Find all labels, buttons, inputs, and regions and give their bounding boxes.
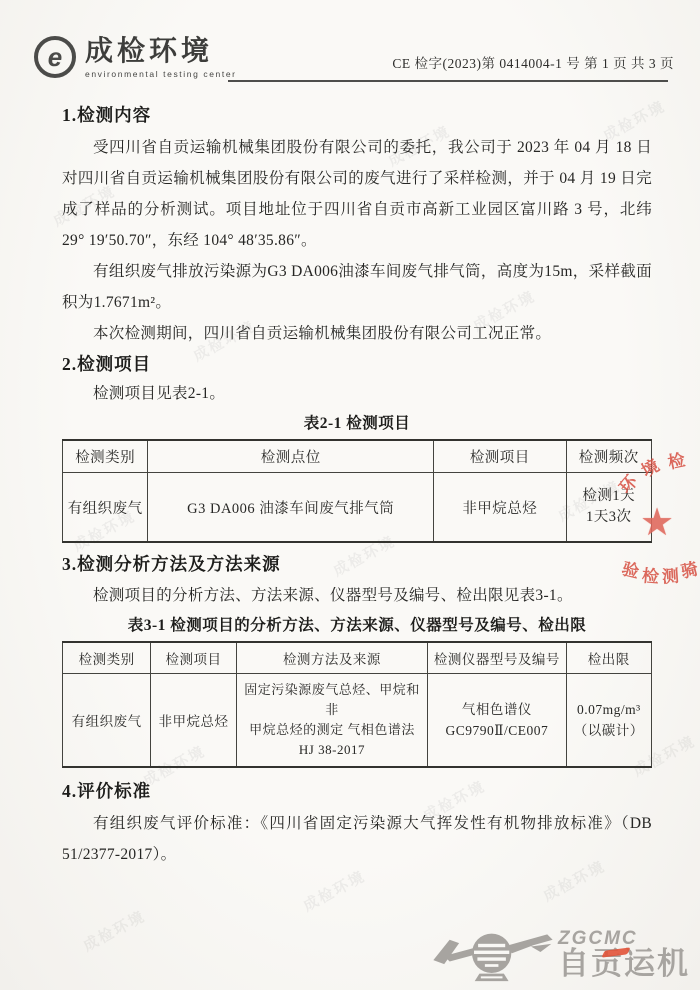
table-header-row: 检测类别 检测项目 检测方法及来源 检测仪器型号及编号 检出限 <box>63 642 652 674</box>
table-row: 有组织废气 G3 DA006 油漆车间废气排气筒 非甲烷总烃 检测1天 1天3次 <box>63 473 652 543</box>
seal-char: 检 <box>666 451 686 471</box>
report-body: 1.检测内容 受四川省自贡运输机械集团股份有限公司的委托，我公司于 2023 年… <box>62 94 652 870</box>
section-4-title: 4.评价标准 <box>62 780 652 803</box>
table-2-1-caption: 表2-1 检测项目 <box>62 412 652 435</box>
cell-method: 固定污染源废气总烃、甲烷和非 甲烷总烃的测定 气相色谱法 HJ 38-2017 <box>236 674 427 768</box>
logo-title: 成检环境 <box>85 36 237 67</box>
company-name-block: ZGCMC 自贡运机 <box>558 929 690 985</box>
header-rule <box>228 80 668 82</box>
column-header: 检测项目 <box>151 642 236 674</box>
star-icon: ★ <box>640 504 674 542</box>
cell-item: 非甲烷总烃 <box>151 674 236 768</box>
report-page: 成检环境 成检环境 成检环境 成检环境 成检环境 成检环境 成检环境 成检环境 … <box>0 0 700 990</box>
column-header: 检测方法及来源 <box>236 642 427 674</box>
section-2-title: 2.检测项目 <box>62 353 652 376</box>
column-header: 检测仪器型号及编号 <box>428 642 566 674</box>
section-1-paragraph-2: 有组织废气排放污染源为G3 DA006油漆车间废气排气筒，高度为15m，采样截面… <box>62 256 652 318</box>
cell-location: G3 DA006 油漆车间废气排气筒 <box>148 473 434 543</box>
footer-logo: ZGCMC 自贡运机 <box>432 925 690 985</box>
seal-char: 骑 <box>679 560 700 581</box>
cell-instrument: 气相色谱仪 GC9790Ⅱ/CE007 <box>428 674 566 768</box>
table-header-row: 检测类别 检测点位 检测项目 检测频次 <box>63 440 652 473</box>
methods-table: 检测类别 检测项目 检测方法及来源 检测仪器型号及编号 检出限 有组织废气 非甲… <box>62 641 652 768</box>
watermark: 成检环境 <box>79 905 149 955</box>
column-header: 检测项目 <box>434 440 567 473</box>
cell-detection-limit: 0.07mg/m³ （以碳计） <box>566 674 651 768</box>
section-1-paragraph-3: 本次检测期间，四川省自贡运输机械集团股份有限公司工况正常。 <box>62 318 652 349</box>
header-logo: e 成检环境 environmental testing center <box>34 36 237 79</box>
section-1-paragraph-1: 受四川省自贡运输机械集团股份有限公司的委托，我公司于 2023 年 04 月 1… <box>62 132 652 256</box>
table-row: 有组织废气 非甲烷总烃 固定污染源废气总烃、甲烷和非 甲烷总烃的测定 气相色谱法… <box>63 674 652 768</box>
cell-category: 有组织废气 <box>63 473 148 543</box>
section-4-paragraph: 有组织废气评价标准：《四川省固定污染源大气挥发性有机物排放标准》（DB 51/2… <box>62 808 652 870</box>
seal-char: 验 <box>620 560 641 581</box>
column-header: 检测类别 <box>63 642 151 674</box>
seal-char: 检 <box>641 567 659 585</box>
column-header: 检出限 <box>566 642 651 674</box>
section-3-title: 3.检测分析方法及方法来源 <box>62 553 652 576</box>
section-2-paragraph: 检测项目见表2-1。 <box>62 378 652 409</box>
cell-item: 非甲烷总烃 <box>434 473 567 543</box>
column-header: 检测点位 <box>148 440 434 473</box>
section-3-paragraph: 检测项目的分析方法、方法来源、仪器型号及编号、检出限见表3-1。 <box>62 580 652 611</box>
table-3-1-caption: 表3-1 检测项目的分析方法、方法来源、仪器型号及编号、检出限 <box>62 614 652 637</box>
red-seal-stamp: ★ 环 境 检 验 检 测 骑 <box>618 452 700 610</box>
cell-category: 有组织废气 <box>63 674 151 768</box>
logo-circle-e-icon: e <box>34 36 76 78</box>
column-header: 检测类别 <box>63 440 148 473</box>
test-items-table: 检测类别 检测点位 检测项目 检测频次 有组织废气 G3 DA006 油漆车间废… <box>62 439 652 543</box>
section-1-title: 1.检测内容 <box>62 104 652 127</box>
seal-char: 测 <box>661 567 679 585</box>
document-number: CE 检字(2023)第 0414004-1 号 第 1 页 共 3 页 <box>392 52 674 72</box>
logo-text-block: 成检环境 environmental testing center <box>85 36 237 79</box>
company-emblem-icon <box>432 925 554 985</box>
logo-subtitle: environmental testing center <box>85 69 237 79</box>
watermark: 成检环境 <box>299 865 369 915</box>
